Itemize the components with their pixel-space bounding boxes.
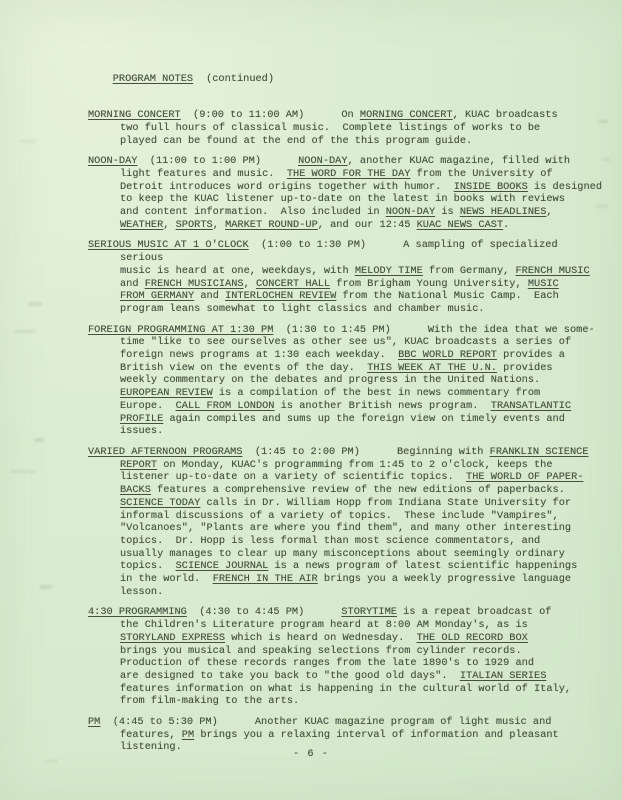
program-description-segment: THE OLD RECORD BOX — [417, 632, 528, 644]
program-title: 4:30 PROGRAMMING — [88, 606, 187, 618]
page-title-text: PROGRAM NOTES — [113, 73, 193, 85]
paper-bleed-artifact — [40, 585, 52, 589]
program-description-segment: PM — [182, 729, 194, 741]
program-description-segment: STORYTIME — [341, 606, 397, 618]
page-number: - 6 - — [0, 748, 622, 761]
program-time: (1:45 to 2:00 PM) — [242, 446, 396, 458]
paper-bleed-artifact — [20, 140, 36, 143]
program-description-segment: is — [435, 206, 460, 218]
paper-bleed-artifact — [602, 158, 610, 161]
program-description-segment: NEWS HEADLINES — [460, 206, 547, 218]
program-description-segment: features a comprehensive review of the n… — [151, 484, 565, 496]
program-description-segment: MARKET ROUND-UP — [225, 219, 318, 231]
program-title: PM — [88, 716, 100, 728]
program-description-segment: KUAC NEWS CAST — [417, 219, 504, 231]
program-description-segment: which is heard on Wednesday. — [225, 632, 417, 644]
program-description-segment: SPORTS — [176, 219, 213, 231]
program-section: FOREIGN PROGRAMMING AT 1:30 PM (1:30 to … — [88, 324, 604, 438]
program-description-segment: and — [194, 290, 225, 302]
program-description-segment: ITALIAN SERIES — [460, 670, 547, 682]
paper-bleed-artifact — [28, 302, 42, 306]
program-section: MORNING CONCERT (9:00 to 11:00 AM) On MO… — [88, 109, 604, 147]
program-description-segment: features information on what is happenin… — [120, 683, 571, 708]
program-time: (1:00 to 1:30 PM) — [249, 239, 403, 251]
program-description-segment: BBC WORLD REPORT — [398, 349, 497, 361]
paper-bleed-artifact — [44, 760, 58, 763]
program-description-segment: SCIENCE TODAY — [120, 497, 200, 509]
program-description-segment: CALL FROM LONDON — [176, 400, 275, 412]
program-description-segment: , and our 12:45 — [318, 219, 417, 231]
program-time: (4:30 to 4:45 PM) — [187, 606, 341, 618]
program-description-segment: . — [503, 219, 509, 231]
program-description-segment: EUROPEAN REVIEW — [120, 387, 213, 399]
program-section: NOON-DAY (11:00 to 1:00 PM) NOON-DAY, an… — [88, 155, 604, 231]
program-description-segment: and — [120, 278, 145, 290]
program-description-segment: SCIENCE JOURNAL — [176, 560, 269, 572]
program-section: 4:30 PROGRAMMING (4:30 to 4:45 PM) STORY… — [88, 606, 604, 708]
program-title: FOREIGN PROGRAMMING AT 1:30 PM — [88, 324, 273, 336]
program-description-segment: MELODY TIME — [355, 265, 423, 277]
program-time: (1:30 to 1:45 PM) — [273, 324, 427, 336]
program-title: SERIOUS MUSIC AT 1 O'CLOCK — [88, 239, 249, 251]
program-description-segment: NOON-DAY — [386, 206, 435, 218]
program-title: VARIED AFTERNOON PROGRAMS — [88, 446, 242, 458]
program-description-segment: MORNING CONCERT — [360, 109, 453, 121]
program-description-segment: On — [341, 109, 360, 121]
document-page: PROGRAM NOTES(continued) MORNING CONCERT… — [0, 0, 622, 800]
program-time: (9:00 to 11:00 AM) — [181, 109, 342, 121]
program-description-segment: FRENCH MUSICIANS — [145, 278, 244, 290]
program-description-segment: STORYLAND EXPRESS — [120, 632, 225, 644]
program-description-segment: CONCERT HALL — [256, 278, 330, 290]
paper-bleed-artifact — [34, 438, 44, 442]
paper-bleed-artifact — [598, 120, 608, 123]
page-title: PROGRAM NOTES(continued) — [88, 60, 604, 98]
program-section: VARIED AFTERNOON PROGRAMS (1:45 to 2:00 … — [88, 446, 604, 598]
program-title: MORNING CONCERT — [88, 109, 181, 121]
program-title: NOON-DAY — [88, 155, 137, 167]
program-sections: MORNING CONCERT (9:00 to 11:00 AM) On MO… — [88, 109, 604, 754]
program-description-segment: , — [244, 278, 256, 290]
program-description-segment: , — [163, 219, 175, 231]
program-description-segment: Beginning with — [397, 446, 490, 458]
program-description-segment: INSIDE BOOKS — [454, 181, 528, 193]
program-section: SERIOUS MUSIC AT 1 O'CLOCK (1:00 to 1:30… — [88, 239, 604, 315]
program-description-segment: is another British news program. — [275, 400, 491, 412]
program-description-segment: FRENCH MUSIC — [515, 265, 589, 277]
program-description-segment: , — [546, 206, 552, 218]
program-description-segment: FRENCH IN THE AIR — [213, 573, 318, 585]
page-title-suffix: (continued) — [206, 73, 274, 85]
program-time: (11:00 to 1:00 PM) — [137, 155, 298, 167]
paper-bleed-artifact — [596, 205, 608, 208]
program-time: (4:45 to 5:30 PM) — [100, 716, 254, 728]
paper-bleed-artifact — [10, 470, 36, 473]
program-description-segment: WEATHER — [120, 219, 163, 231]
program-description-segment: again compiles and sums up the foreign v… — [120, 413, 565, 438]
program-description-segment: , — [213, 219, 225, 231]
program-description-segment: NOON-DAY — [298, 155, 347, 167]
program-description-segment: from Germany, — [423, 265, 516, 277]
program-description-segment: THIS WEEK AT THE U.N. — [367, 362, 497, 374]
program-description-segment: INTERLOCHEN REVIEW — [225, 290, 336, 302]
paper-bleed-artifact — [14, 330, 36, 333]
program-description-segment: from Brigham Young University, — [330, 278, 528, 290]
program-description-segment: THE WORD FOR THE DAY — [287, 168, 411, 180]
